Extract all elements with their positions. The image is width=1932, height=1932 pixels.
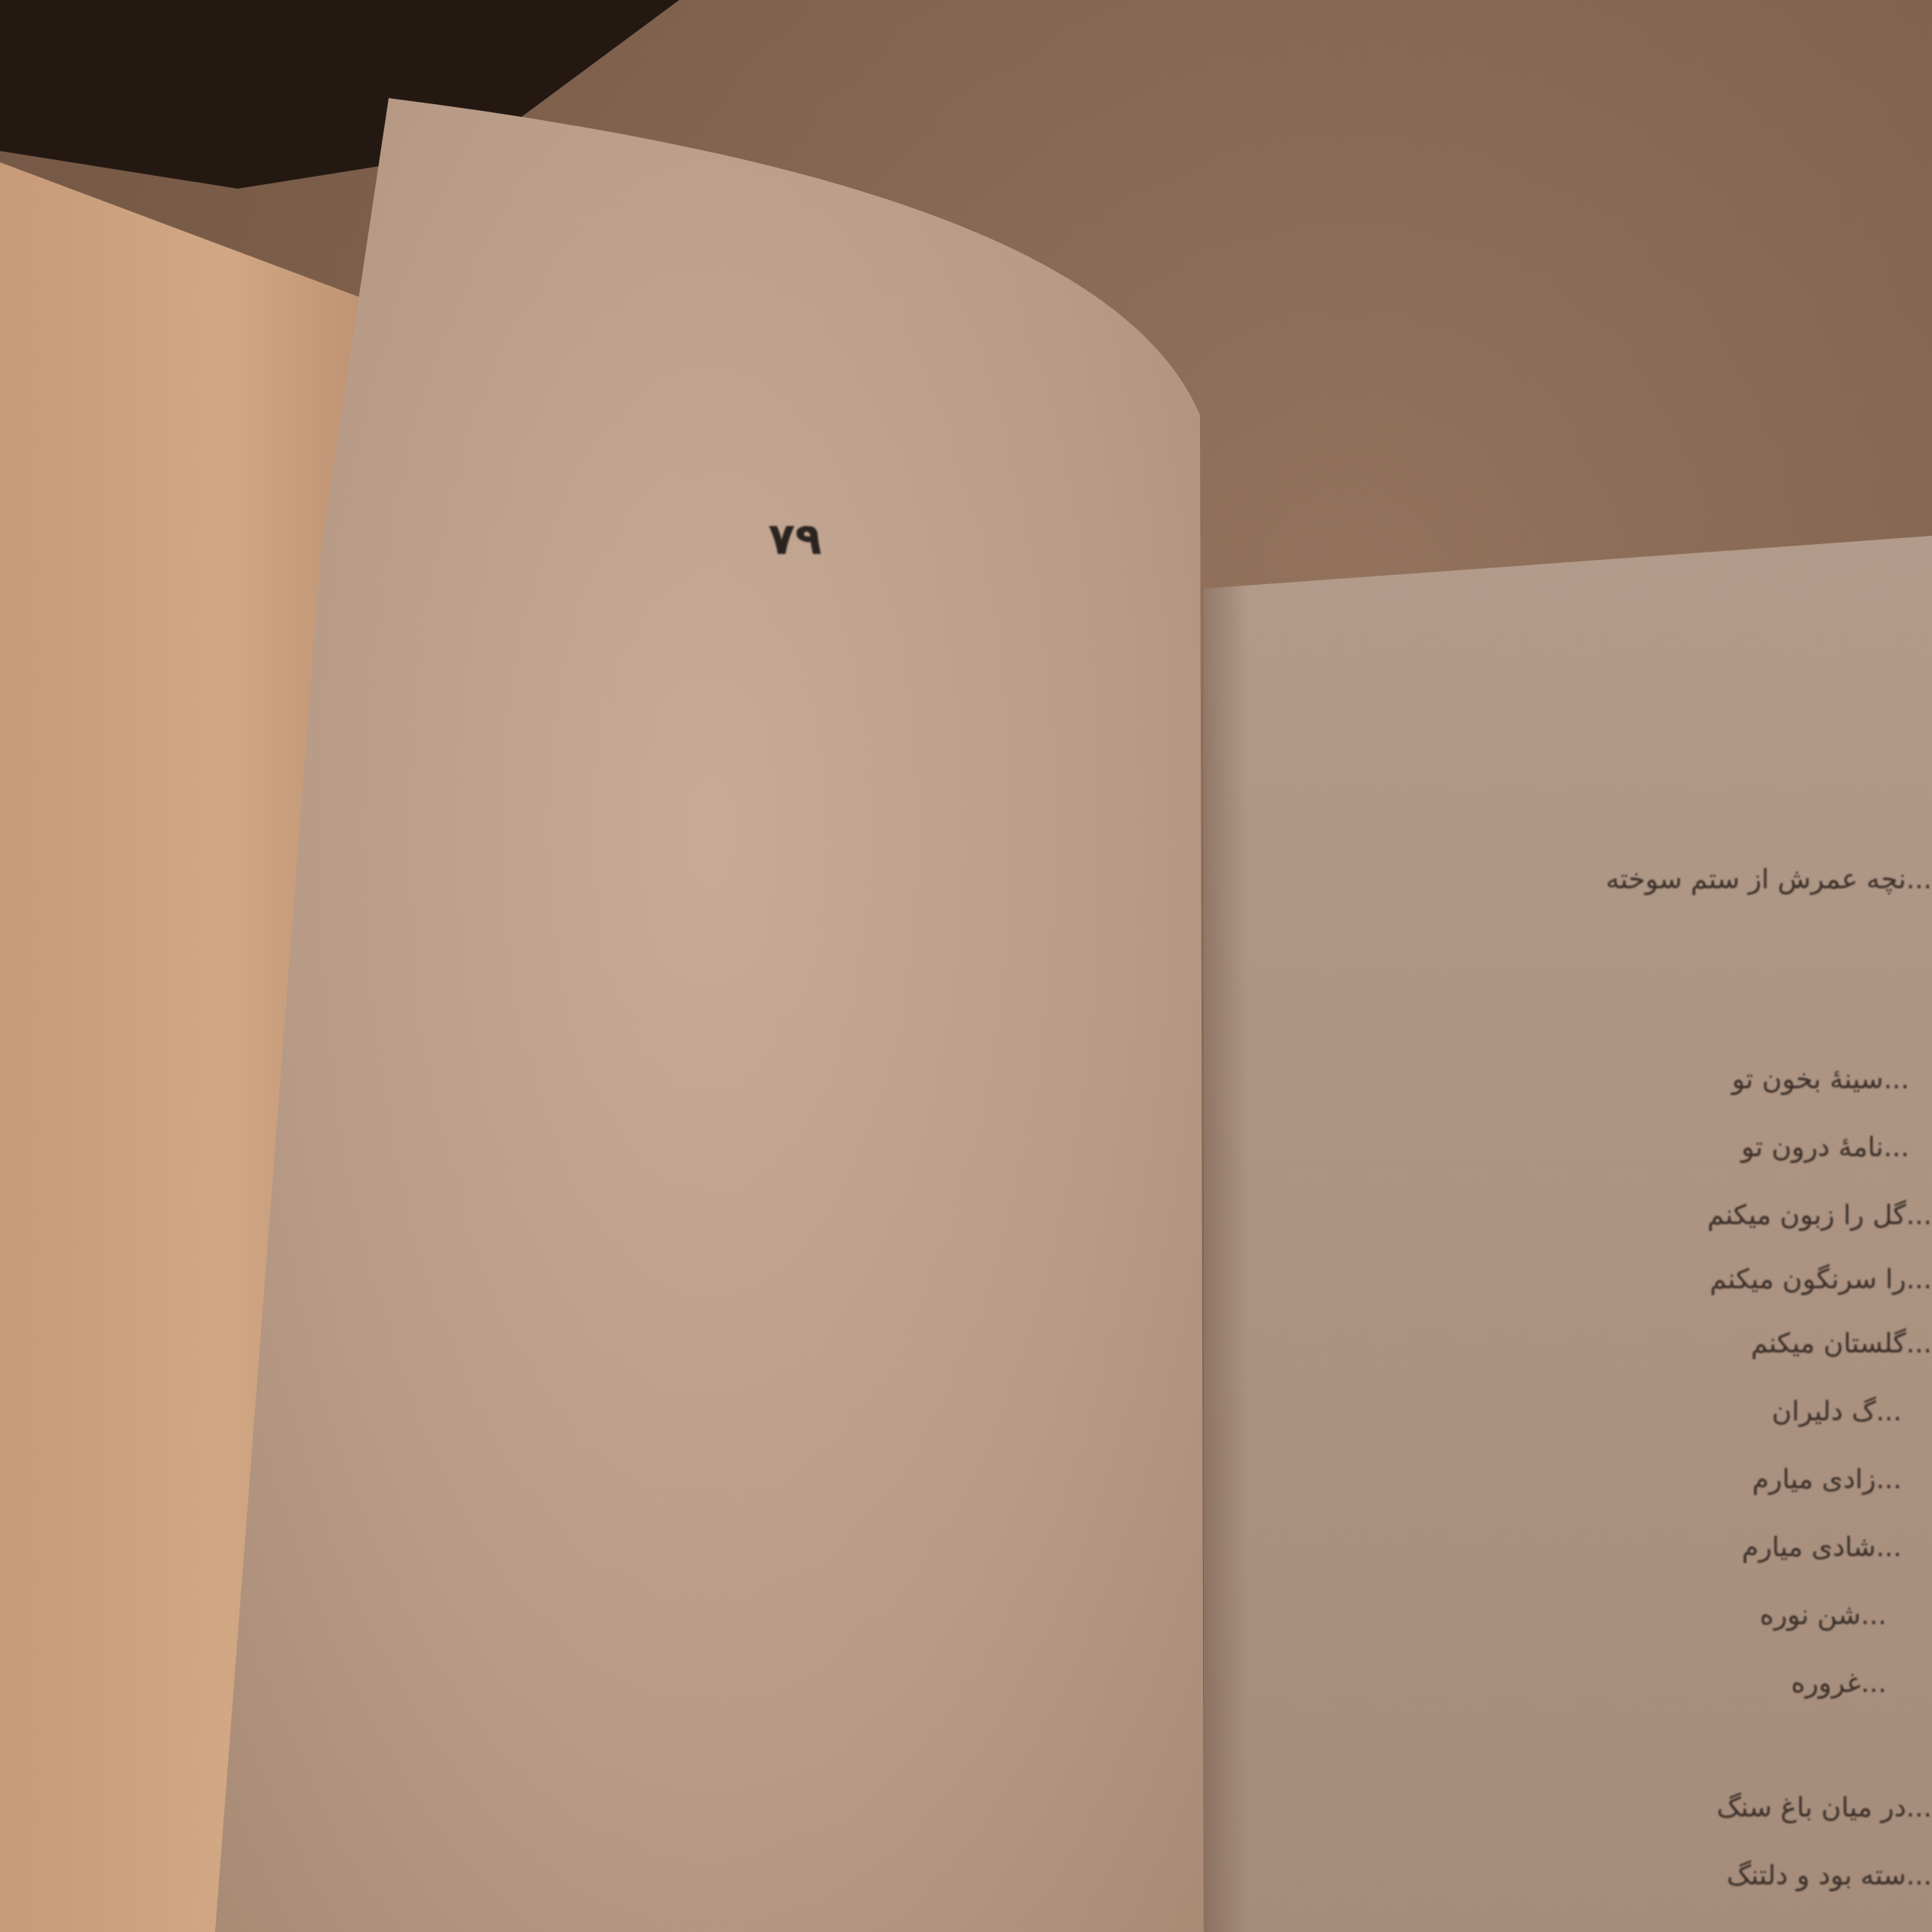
poem-line: ...در میان باغ سنگ xyxy=(1717,1792,1932,1823)
poem-line: ...گل را زبون میکنم xyxy=(1707,1200,1932,1231)
turning-page xyxy=(215,98,1204,1932)
poem-line: ...سینهٔ بخون تو xyxy=(1732,1064,1909,1095)
poem-line: ...را سرنگون میکنم xyxy=(1710,1264,1932,1295)
poem-line: ...شن نوره xyxy=(1760,1600,1887,1631)
poem-line: ...شادی میارم xyxy=(1742,1532,1902,1563)
poem-line: ...غروره xyxy=(1791,1668,1887,1699)
poem-line: ...سته بود و دلتنگ xyxy=(1727,1860,1932,1891)
right-page: ...نچه عمرش از ستم سوخته ...سینهٔ بخون ت… xyxy=(1204,536,1932,1932)
poem-line: ...گ دلیران xyxy=(1772,1396,1902,1427)
poem-text: ...نچه عمرش از ستم سوخته ...سینهٔ بخون ت… xyxy=(1207,536,1932,1932)
poem-line: ...گلستان میکنم xyxy=(1751,1328,1932,1359)
poem-line: ...نچه عمرش از ستم سوخته xyxy=(1606,864,1932,895)
poem-line: ...نامهٔ درون تو xyxy=(1741,1132,1909,1163)
poem-line: ...زادی میارم xyxy=(1752,1464,1902,1495)
page-number: ۷۹ xyxy=(768,513,822,565)
book-photo: ...نچه عمرش از ستم سوخته ...سینهٔ بخون ت… xyxy=(0,0,1932,1932)
